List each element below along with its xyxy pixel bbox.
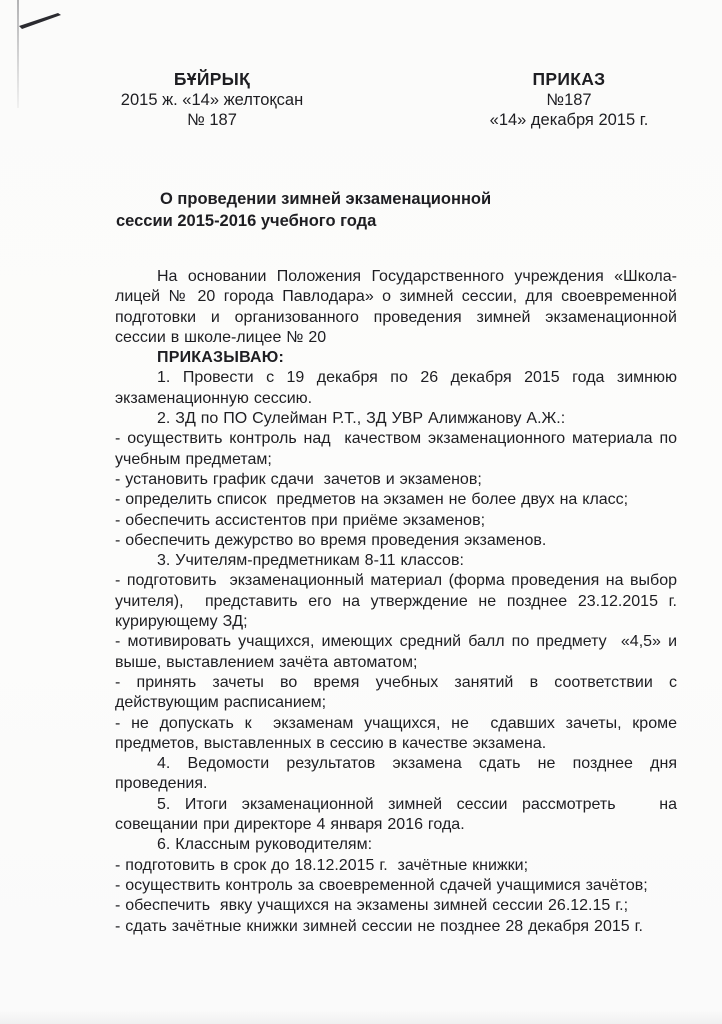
order-subitem: - мотивировать учащихся, имеющих средний… [115,632,677,673]
order-subitem: - не допускать к экзаменам учащихся, не … [115,714,677,755]
order-subitem: - сдать зачётные книжки зимней сессии не… [115,917,677,937]
order-subitem: - осуществить контроль над качеством экз… [115,429,677,470]
scanned-order-page: БҰЙРЫҚ 2015 ж. «14» желтоқсан № 187 ПРИК… [0,0,722,1024]
header-kazakh-block: БҰЙРЫҚ 2015 ж. «14» желтоқсан № 187 [84,69,340,131]
order-item-5: 5. Итоги экзаменационной зимней сессии р… [115,795,677,836]
russian-order-date: «14» декабря 2015 г. [444,110,694,131]
kazakh-order-date: 2015 ж. «14» желтоқсан [84,90,340,111]
order-subitem: - подготовить в срок до 18.12.2015 г. за… [115,856,677,876]
preamble: На основании Положения Государственного … [115,267,677,348]
order-item-2: 2. ЗД по ПО Сулейман Р.Т., ЗД УВР Алимжа… [115,409,677,429]
header-russian-block: ПРИКАЗ №187 «14» декабря 2015 г. [444,69,694,131]
order-subitem: - определить список предметов на экзамен… [115,490,677,510]
order-subitem: - принять зачеты во время учебных заняти… [115,673,677,714]
order-subitem: - обеспечить дежурство во время проведен… [115,531,677,551]
order-item-4: 4. Ведомости результатов экзамена сдать … [115,754,677,795]
kazakh-order-title: БҰЙРЫҚ [84,69,340,90]
kazakh-order-number: № 187 [84,110,340,131]
order-keyword: ПРИКАЗЫВАЮ: [115,348,677,368]
order-subitem: - обеспечить ассистентов при приёме экза… [115,511,677,531]
order-item-6: 6. Классным руководителям: [115,835,677,855]
order-item-3: 3. Учителям-предметникам 8-11 классов: [115,551,677,571]
order-subject: О проведении зимней экзаменационной сесс… [116,189,508,232]
order-subitem: - осуществить контроль за своевременной … [115,876,677,896]
pen-stroke-artifact [19,12,63,30]
order-item-1: 1. Провести с 19 декабря по 26 декабря 2… [115,368,677,409]
order-subitem: - подготовить экзаменационный материал (… [115,571,677,632]
order-body: На основании Положения Государственного … [115,267,677,937]
russian-order-title: ПРИКАЗ [444,69,694,90]
russian-order-number: №187 [444,90,694,111]
scan-bottom-shading [0,1010,722,1024]
order-subitem: - установить график сдачи зачетов и экза… [115,470,677,490]
order-subitem: - обеспечить явку учащихся на экзамены з… [115,896,677,916]
